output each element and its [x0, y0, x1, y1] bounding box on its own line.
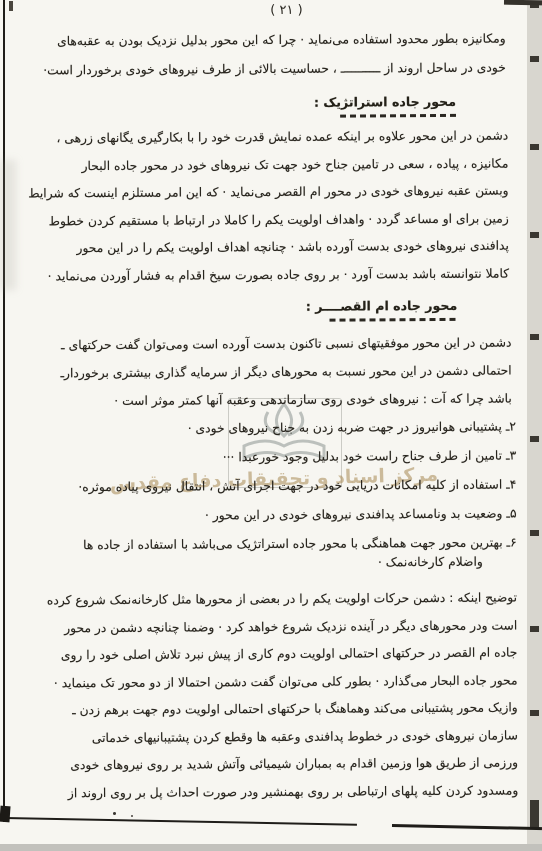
text-line: خودی در ساحل اروند از ـــــــــــ ، حساس… — [4, 54, 506, 86]
text-line: وازیک محور پشتیبانی می‌کند وهماهنگ با حر… — [8, 694, 518, 725]
text-line: وبستن عقبه نیروهای خودی در محور ام القصر… — [4, 178, 508, 209]
text-line: مکانیزه ، پیاده ، سعی در تامین جناح خود … — [4, 150, 508, 181]
list-item-continuation: واضلام کارخانه‌نمک · — [378, 555, 483, 570]
list-item: ۵ـ وضعیت بد ونامساعد پدافندی نیروهای خود… — [6, 500, 516, 532]
numbered-list: ۲ـ پشتیبانی هوانیروز در جهت ضربه زدن به … — [6, 413, 517, 561]
text-line: پدافندی نیروهای خودی بدست آورده باشد · چ… — [5, 233, 509, 264]
text-line: احتمالی دشمن در این محور نسبت به محورهای… — [6, 357, 512, 388]
umm-qasr-paragraph: دشمن در این محور موفقیتهای نسبی تاکنون ب… — [5, 329, 512, 416]
scanned-document-page: مرکز اسناد و تحقیقات دفاع مقدس ( ۲۱ ) وم… — [0, 0, 542, 851]
text-line: سازمان نیروهای خودی در خطوط پدافندی وعقب… — [8, 722, 518, 753]
heading-strategic-road-label: محور جاده استراتژیک : — [314, 94, 456, 110]
page-number: ( ۲۱ ) — [15, 1, 542, 19]
heading-umm-qasr-road: محور جاده ام القصــــر : — [306, 295, 458, 322]
text-line: جاده ام القصر در حرکتهای احتمالی اولویت … — [7, 639, 517, 670]
text-line: دشمن در این محور علاوه بر اینکه عمده نما… — [4, 123, 508, 154]
list-item: ۲ـ پشتیبانی هوانیروز در جهت ضربه زدن به … — [6, 413, 516, 445]
scan-speck — [113, 812, 116, 815]
text-line: باشد چرا که آت : نیروهای خودی روی سازمان… — [6, 385, 512, 416]
heading-underline — [340, 114, 456, 118]
heading-strategic-road: محور جاده استراتژیک : — [314, 91, 456, 118]
list-item: ۴ـ استفاده از کلیه امکانات دریایی خود در… — [6, 471, 516, 503]
list-item: ۳ـ تامین از طرف جناح راست خود بدلیل وجود… — [6, 442, 516, 474]
text-line: ورزمی از طریق هوا وزمین اقدام به بمباران… — [8, 749, 518, 780]
text-line: است ودر محورهای دیگر در آینده نزدیک شروع… — [7, 612, 517, 643]
text-line: زمین برای او مساعد گردد · واهداف اولویت … — [5, 205, 509, 236]
scan-edge-bottom — [0, 844, 542, 851]
explanation-paragraph: توضیح اینکه : دشمن حرکات اولویت یکم را د… — [7, 585, 518, 808]
opening-paragraph: ومکانیزه بطور محدود استفاده می‌نماید · چ… — [4, 25, 506, 86]
heading-umm-qasr-road-label: محور جاده ام القصــــر : — [306, 298, 458, 314]
scan-mark-bottom-left — [0, 806, 11, 823]
document-body: ( ۲۱ ) ومکانیزه بطور محدود استفاده می‌نم… — [0, 0, 542, 851]
text-line: ومکانیزه بطور محدود استفاده می‌نماید · چ… — [4, 25, 506, 57]
text-line: توضیح اینکه : دشمن حرکات اولویت یکم را د… — [7, 585, 517, 616]
text-line: ومسدود کردن کلیه پلهای ارتباطی بر روی به… — [8, 777, 518, 808]
heading-underline — [329, 318, 457, 322]
text-line: کاملا نتوانسته باشد بدست آورد · بر روی ج… — [5, 260, 509, 291]
scan-speck — [131, 815, 133, 817]
text-line: محور جاده البحار می‌گذارد · بطور کلی می‌… — [7, 667, 517, 698]
text-line: دشمن در این محور موفقیتهای نسبی تاکنون ب… — [5, 329, 511, 360]
strategic-road-paragraph: دشمن در این محور علاوه بر اینکه عمده نما… — [4, 123, 509, 291]
